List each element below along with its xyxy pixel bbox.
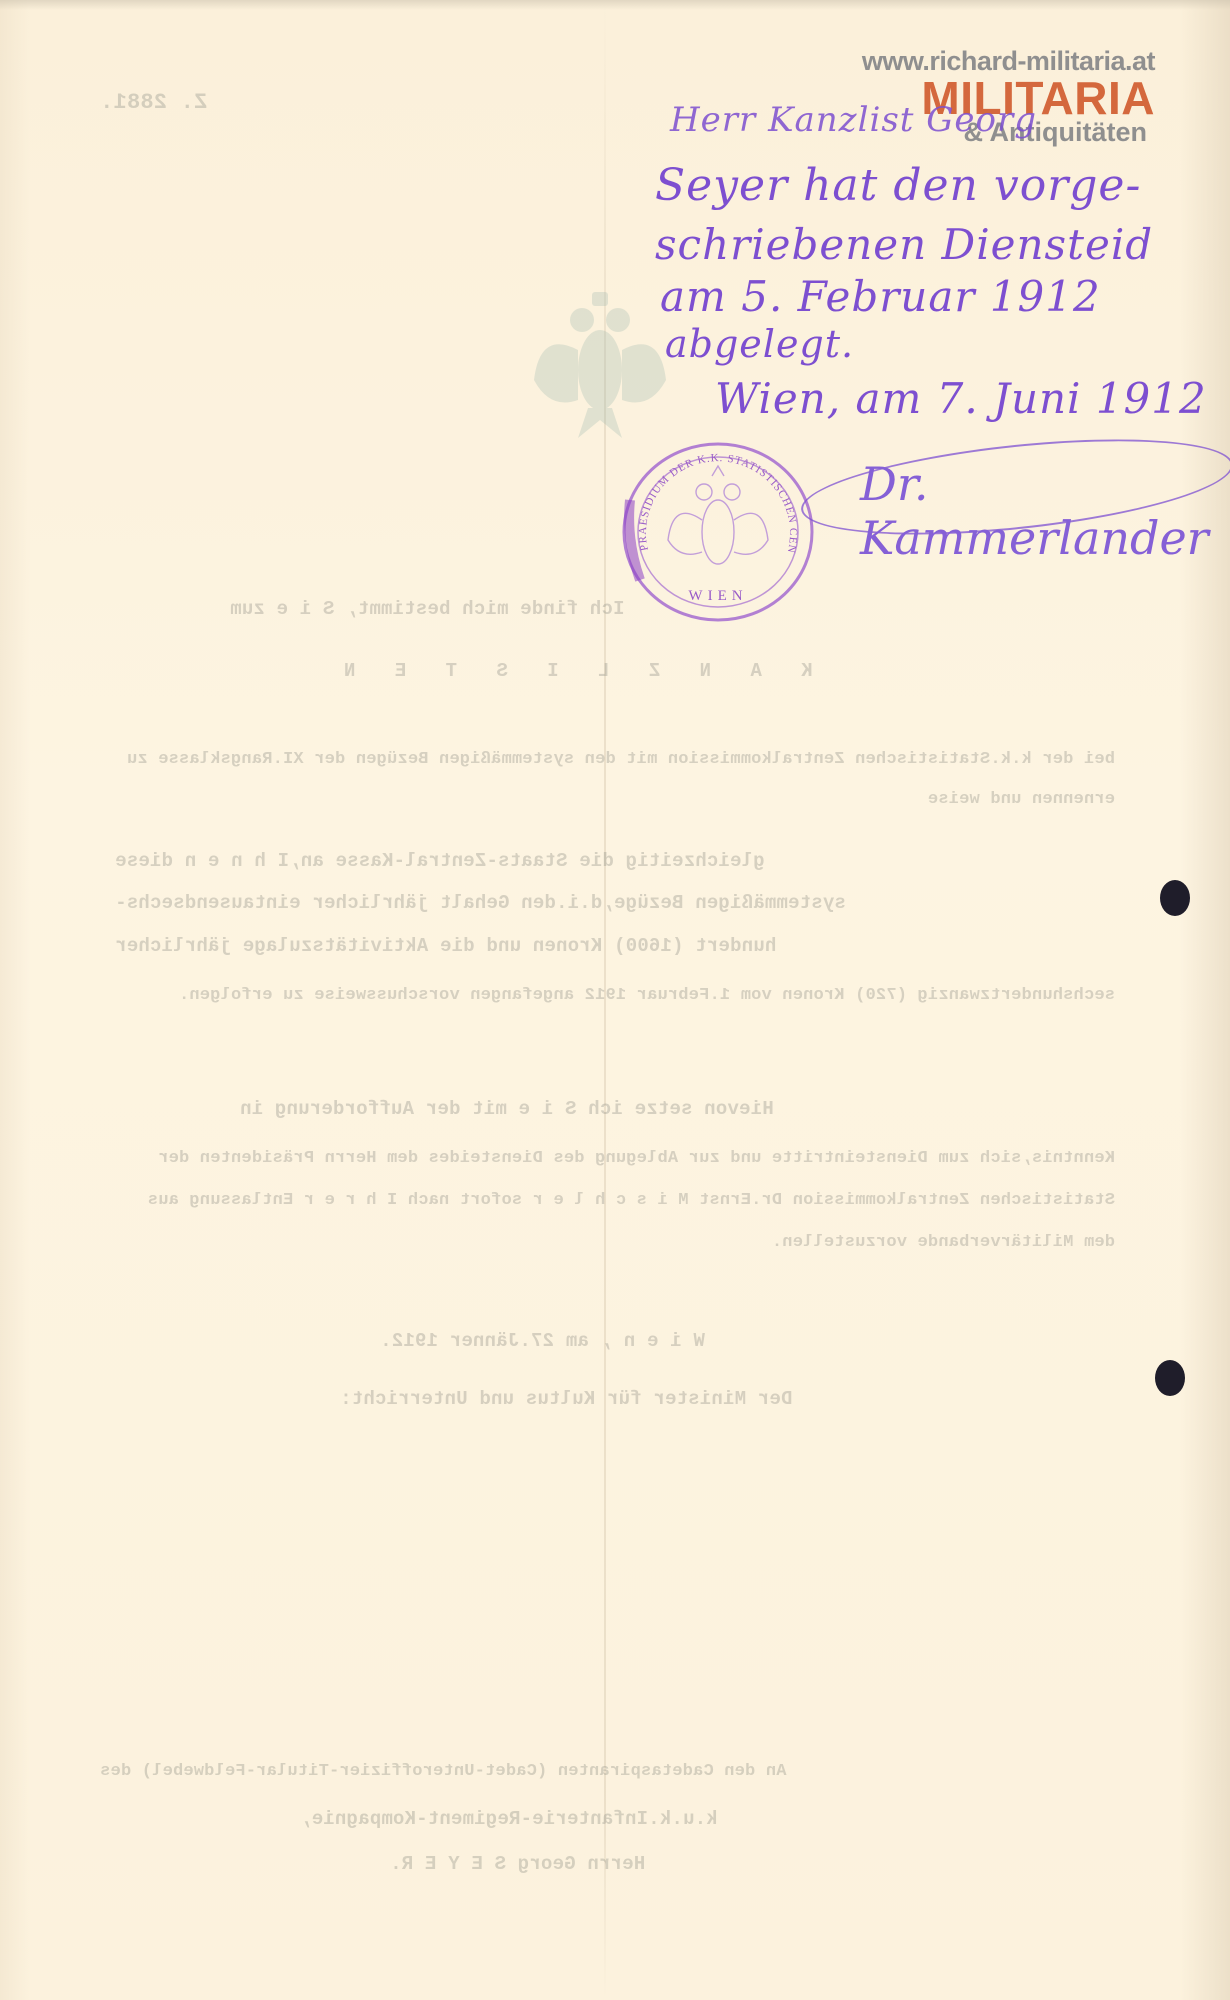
- document-page: Z. 2881. www.richard-militaria.at MILITA…: [0, 0, 1230, 2000]
- typed-address-line: Herrn Georg S E Y E R.: [390, 1853, 645, 1875]
- official-stamp-icon: PRAESIDIUM DER K.K. STATISTISCHEN CENTRA…: [618, 440, 818, 625]
- handwritten-line: Seyer hat den vorge-: [655, 160, 1141, 211]
- typed-line: systemmäßigen Bezüge,d.i.den Gehalt jähr…: [115, 892, 846, 914]
- handwritten-line: Herr Kanzlist Georg: [670, 100, 1037, 140]
- typed-line: Hievon setze ich S i e mit der Aufforder…: [240, 1098, 774, 1120]
- svg-text:PRAESIDIUM DER K.K. STATISTISC: PRAESIDIUM DER K.K. STATISTISCHEN CENTRA…: [618, 440, 799, 555]
- handwritten-date: Wien, am 7. Juni 1912: [715, 374, 1207, 423]
- typed-address-line: An den Cadetaspiranten (Cadet-Unteroffiz…: [100, 1762, 787, 1781]
- stamp-ring-text: PRAESIDIUM DER K.K. STATISTISCHEN CENTRA…: [618, 440, 799, 555]
- punch-hole: [1160, 880, 1190, 916]
- typed-line: hundert (1600) Kronen und die Aktivitäts…: [115, 935, 776, 957]
- typed-paragraph: sechshundertzwanzig (720) Kronen vom 1.F…: [115, 975, 1115, 1017]
- handwritten-line: schriebenen Diensteid: [655, 220, 1153, 269]
- signature-text: Dr. Kammerlander: [860, 457, 1230, 565]
- typed-heading: K A N Z L I S T E N: [330, 660, 813, 682]
- reference-number: Z. 2881.: [100, 90, 207, 115]
- signature: Dr. Kammerlander: [800, 445, 1230, 535]
- paper-top-edge: [0, 0, 1230, 10]
- typed-minister-line: Der Minister für Kultus und Unterricht:: [340, 1388, 792, 1410]
- typed-date-line: W i e n , am 27.Jänner 1912.: [380, 1330, 705, 1352]
- typed-paragraph: Kenntnis,sich zum Diensteintritte und zu…: [115, 1138, 1115, 1264]
- handwritten-line: am 5. Februar 1912: [660, 272, 1101, 321]
- handwritten-line: abgelegt.: [665, 322, 854, 366]
- stamp-city: WIEN: [688, 588, 747, 604]
- punch-hole: [1155, 1360, 1185, 1396]
- typed-line: Ich finde mich bestimmt, S i e zum: [230, 598, 624, 620]
- typed-address-line: k.u.k.Infanterie-Regiment-Kompagnie,: [300, 1808, 718, 1830]
- double-headed-eagle-watermark-icon: [530, 290, 670, 440]
- typed-paragraph: bei der k.k.Statistischen Zentralkommiss…: [115, 740, 1115, 820]
- typed-line: gleichzeitig die Staats-Zentral-Kasse an…: [115, 850, 765, 872]
